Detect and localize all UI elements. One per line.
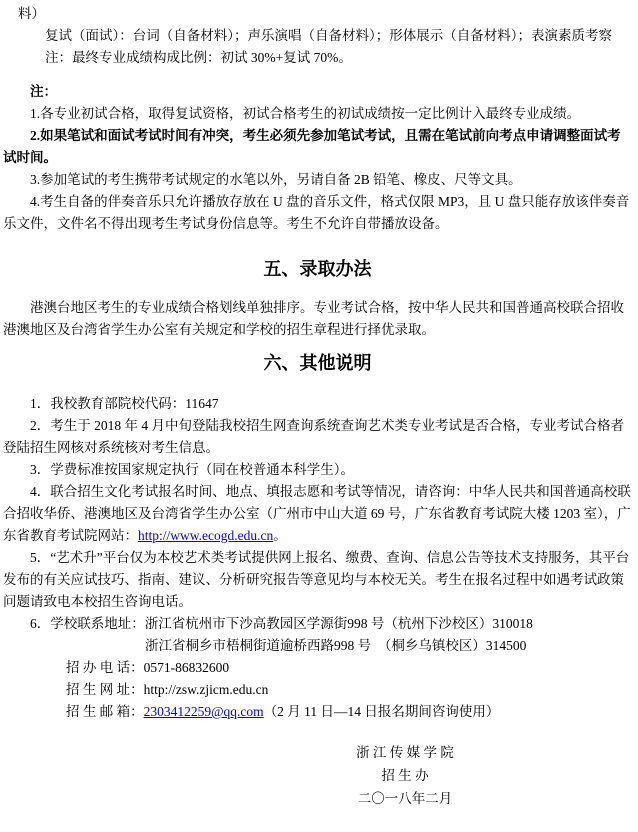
other-item-1-school-code: 1．我校教育部院校代码：11647 (3, 393, 632, 415)
section-title-admission-methods: 五、录取办法 (3, 257, 632, 281)
section-title-other-notes: 六、其他说明 (3, 351, 632, 375)
other-item-5-yishusheng: 5．“艺术升”平台仅为本校艺术类考试提供网上报名、缴费、查询、信息公告等技术支持… (3, 547, 632, 613)
website-label: 招 生 网 址： (66, 682, 144, 697)
joint-exam-text: 4．联合招生文化考试报名时间、地点、填报志愿和考试等情况，请咨询：中华人民共和国… (3, 484, 631, 543)
admission-phone-line: 招 办 电 话：0571-86832600 (3, 657, 632, 679)
address-label: 6．学校联系地址： (30, 616, 145, 631)
carryover-line: 料） (18, 3, 632, 25)
document-page: 料） 复试（面试）：台词（自备材料）；声乐演唱（自备材料）；形体展示（自备材料）… (0, 0, 638, 832)
other-notes-list: 1．我校教育部院校代码：11647 2．考生于 2018 年 4 月中旬登陆我校… (3, 393, 632, 723)
website-value: http://zsw.zjicm.edu.cn (144, 682, 269, 697)
admission-email-line: 招 生 邮 箱：2303412259@qq.com（2 月 11 日—14 日报… (3, 701, 632, 723)
note-item-2: 2.如果笔试和面试考试时间有冲突，考生必须先参加笔试考试，且需在笔试前向考点申请… (3, 125, 632, 169)
other-item-4-joint-exam: 4．联合招生文化考试报名时间、地点、填报志愿和考试等情况，请咨询：中华人民共和国… (3, 481, 632, 547)
ecogd-website-link[interactable]: http://www.ecogd.edu.cn (138, 528, 273, 543)
address-hangzhou: 浙江省杭州市下沙高教园区学源街998 号（杭州下沙校区）310018 (145, 616, 533, 631)
email-label: 招 生 邮 箱： (66, 704, 144, 719)
phone-value: 0571-86832600 (144, 660, 230, 675)
joint-exam-suffix: 。 (273, 528, 287, 543)
other-item-3-tuition: 3．学费标准按国家规定执行（同在校普通本科学生）。 (3, 459, 632, 481)
admission-website-line: 招 生 网 址：http://zsw.zjicm.edu.cn (3, 679, 632, 701)
signature-date: 二〇一八年二月 (300, 787, 510, 810)
signature-dept: 招 生 办 (300, 764, 510, 787)
admission-email-link[interactable]: 2303412259@qq.com (144, 704, 264, 719)
notes-block: 注： 1.各专业初试合格，取得复试资格，初试合格考生的初试成绩按一定比例计入最终… (3, 81, 632, 235)
address-tongxiang: 浙江省桐乡市梧桐街道逾桥西路998 号 （桐乡乌镇校区）314500 (3, 635, 632, 657)
other-item-6-address: 6．学校联系地址：浙江省杭州市下沙高教园区学源街998 号（杭州下沙校区）310… (3, 613, 632, 635)
note-item-3: 3.参加笔试的考生携带考试规定的水笔以外，另请自备 2B 铅笔、橡皮、尺等文具。 (3, 169, 632, 191)
note-item-4: 4.考生自备的伴奏音乐只允许播放存放在 U 盘的音乐文件，格式仅限 MP3，且 … (3, 191, 632, 235)
note-item-1: 1.各专业初试合格，取得复试资格，初试合格考生的初试成绩按一定比例计入最终专业成… (3, 103, 632, 125)
signature-org: 浙 江 传 媒 学 院 (300, 741, 510, 764)
admission-methods-paragraph: 港澳台地区考生的专业成绩合格划线单独排序。专业考试合格，按中华人民共和国普通高校… (3, 297, 632, 341)
intro-block: 料） 复试（面试）：台词（自备材料）；声乐演唱（自备材料）；形体展示（自备材料）… (18, 3, 632, 69)
signature-block: 浙 江 传 媒 学 院 招 生 办 二〇一八年二月 (300, 741, 510, 810)
score-ratio-note: 注：最终专业成绩构成比例：初试 30%+复试 70%。 (18, 47, 632, 69)
notes-label: 注： (3, 81, 632, 103)
phone-label: 招 办 电 话： (66, 660, 144, 675)
other-item-2-result-query: 2．考生于 2018 年 4 月中旬登陆我校招生网查询系统查询艺术类专业考试是否… (3, 415, 632, 459)
email-usage-note: （2 月 11 日—14 日报名期间咨询使用） (264, 704, 500, 719)
retest-paragraph: 复试（面试）：台词（自备材料）；声乐演唱（自备材料）；形体展示（自备材料）；表演… (18, 25, 632, 47)
